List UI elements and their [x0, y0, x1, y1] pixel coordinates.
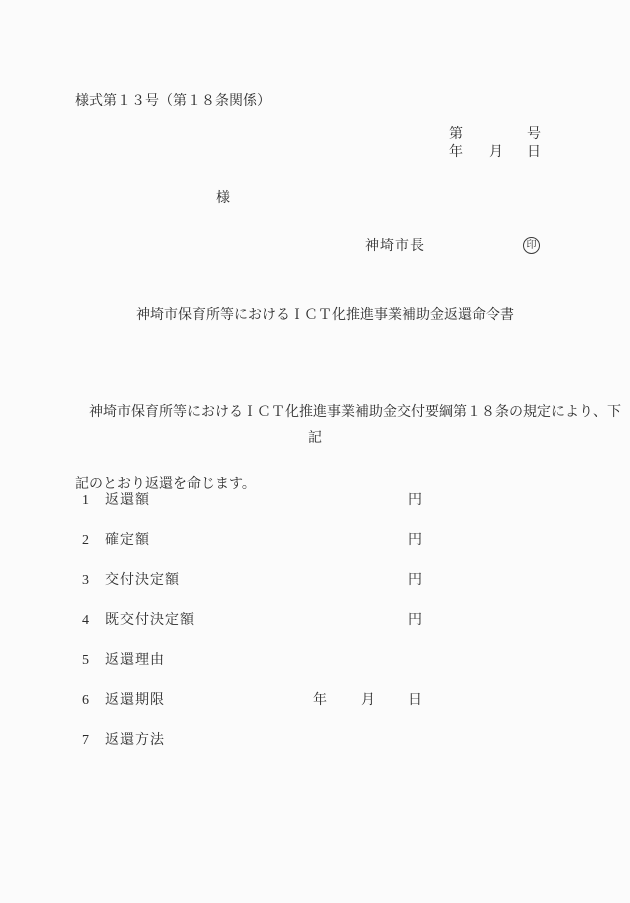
seal-character: 印 — [527, 241, 537, 251]
section-marker: 記 — [0, 432, 630, 446]
item-label: 既交付決定額 — [105, 614, 195, 628]
item-number: 7 — [82, 734, 89, 748]
item-number: 5 — [82, 654, 89, 668]
unit-yen: 円 — [408, 574, 422, 588]
unit-yen: 円 — [408, 494, 422, 508]
item-label: 確定額 — [105, 534, 150, 548]
item-row-6: 6 返還期限 年 月 日 — [0, 694, 630, 712]
document-title: 神埼市保育所等におけるＩＣＴ化推進事業補助金返還命令書 — [0, 309, 630, 323]
item-label: 返還理由 — [105, 654, 165, 668]
item-number: 3 — [82, 574, 89, 588]
deadline-year-label: 年 — [313, 694, 327, 708]
item-label: 返還額 — [105, 494, 150, 508]
item-label: 交付決定額 — [105, 574, 180, 588]
item-label: 返還方法 — [105, 734, 165, 748]
body-paragraph: 神埼市保育所等におけるＩＣＴ化推進事業補助金交付要綱第１８条の規定により、下 記… — [75, 353, 595, 545]
unit-yen: 円 — [408, 534, 422, 548]
item-row-4: 4 既交付決定額 円 — [0, 614, 630, 632]
item-label: 返還期限 — [105, 694, 165, 708]
sender-title: 神埼市長 — [365, 240, 425, 254]
item-row-5: 5 返還理由 — [0, 654, 630, 672]
item-number: 2 — [82, 534, 89, 548]
date-year-label: 年 — [449, 146, 463, 160]
form-number: 様式第１３号（第１８条関係） — [75, 95, 271, 109]
deadline-day-label: 日 — [408, 694, 422, 708]
body-line-1: 神埼市保育所等におけるＩＣＴ化推進事業補助金交付要綱第１８条の規定により、下 — [75, 401, 595, 425]
document-page: 様式第１３号（第１８条関係） 第 号 年 月 日 様 神埼市長 印 神埼市保育所… — [0, 0, 630, 903]
unit-yen: 円 — [408, 614, 422, 628]
date-day-label: 日 — [527, 146, 541, 160]
item-row-2: 2 確定額 円 — [0, 534, 630, 552]
item-row-1: 1 返還額 円 — [0, 494, 630, 512]
doc-number-suffix: 号 — [527, 128, 541, 142]
item-number: 6 — [82, 694, 89, 708]
seal-mark: 印 — [523, 237, 540, 254]
addressee-honorific: 様 — [216, 192, 230, 206]
item-number: 4 — [82, 614, 89, 628]
item-row-7: 7 返還方法 — [0, 734, 630, 752]
item-row-3: 3 交付決定額 円 — [0, 574, 630, 592]
deadline-month-label: 月 — [361, 694, 375, 708]
item-number: 1 — [82, 494, 89, 508]
doc-number-prefix: 第 — [449, 128, 463, 142]
date-month-label: 月 — [489, 146, 503, 160]
